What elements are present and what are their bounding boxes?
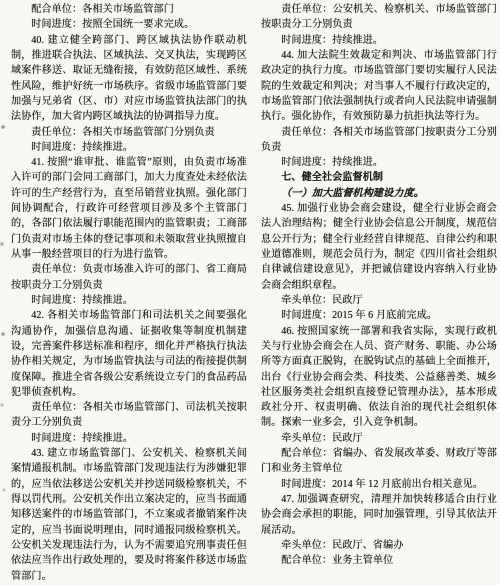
clause-paragraph: 40. 建立健全跨部门、跨区域执法协作联动机制，推进联合执法、区域执法、交叉执法… xyxy=(11,33,247,125)
schedule-line: 时间进度：2014 年 12 月底前出台相关意见。 xyxy=(261,477,497,492)
schedule-line: 时间进度：持续推进。 xyxy=(11,140,247,155)
cooperating-unit-line: 配合单位：各相关市场监管部门 xyxy=(11,2,247,17)
section-heading: 七、健全社会监督机制 xyxy=(261,170,497,185)
clause-paragraph: 41. 按照“谁审批、谁监管”原则，由负责市场准入许可的部门会同工商部门，加大力… xyxy=(11,155,247,262)
responsible-unit-line: 责任单位：各相关市场监管部门分别负责 xyxy=(11,125,247,140)
clause-paragraph: 47. 加强调查研究，清理并加快转移适合由行业协会商会承担的职能，同时加强管理，… xyxy=(261,492,497,538)
cooperating-unit-line: 配合单位：省编办、省发展改革委、财政厅等部门和业务主管单位 xyxy=(261,446,497,477)
scan-artifacts xyxy=(0,0,2,2)
lead-unit-line: 牵头单位：民政厅 xyxy=(261,431,497,446)
right-column: 责任单位：公安机关、检察机关、市场监管部门按职责分工分别负责时间进度：持续推进。… xyxy=(261,2,497,569)
schedule-line: 时间进度：持续推进。 xyxy=(11,431,247,446)
document-page: 配合单位：各相关市场监管部门时间进度：按照全国统一要求完成。40. 建立健全跨部… xyxy=(0,0,500,585)
cooperating-unit-line: 配合单位：业务主管单位 xyxy=(261,553,497,568)
schedule-line: 时间进度：持续推进。 xyxy=(261,33,497,48)
schedule-line: 时间进度：按照全国统一要求完成。 xyxy=(11,17,247,32)
subsection-heading: （一）加大监督机构建设力度。 xyxy=(261,186,497,201)
clause-paragraph: 46. 按照国家统一部署和我省实际，实现行政机关与行业协会商会在人员、资产财务、… xyxy=(261,324,497,431)
responsible-unit-line: 责任单位：公安机关、检察机关、市场监管部门按职责分工分别负责 xyxy=(261,2,497,33)
schedule-line: 时间进度：持续推进。 xyxy=(261,155,497,170)
schedule-line: 时间进度：持续推进。 xyxy=(11,293,247,308)
clause-paragraph: 45. 加强行业协会商会建设，健全行业协会商会法人治理结构；健全行业协会信息公开… xyxy=(261,201,497,293)
lead-unit-line: 牵头单位：民政厅 xyxy=(261,293,497,308)
left-column: 配合单位：各相关市场监管部门时间进度：按照全国统一要求完成。40. 建立健全跨部… xyxy=(11,2,247,584)
lead-unit-line: 牵头单位：民政厅、省编办 xyxy=(261,538,497,553)
clause-paragraph: 42. 各相关市场监管部门和司法机关之间要强化沟通协作，加强信息沟通、证据收集等… xyxy=(11,308,247,400)
clause-paragraph: 43. 建立市场监管部门、公安机关、检察机关间案情通报机制。市场监管部门发现违法… xyxy=(11,446,247,584)
responsible-unit-line: 责任单位：负责市场准入许可的部门、省工商局按职责分工分别负责 xyxy=(11,262,247,293)
clause-paragraph: 44. 加大法院生效裁定和判决、市场监管部门行政决定的执行力度。市场监管部门要切… xyxy=(261,48,497,125)
responsible-unit-line: 责任单位：各相关市场监管部门按职责分工分别负责 xyxy=(261,125,497,156)
schedule-line: 时间进度：2015 年 6 月底前完成。 xyxy=(261,308,497,323)
responsible-unit-line: 责任单位：各相关市场监管部门、司法机关按职责分工分别负责 xyxy=(11,400,247,431)
